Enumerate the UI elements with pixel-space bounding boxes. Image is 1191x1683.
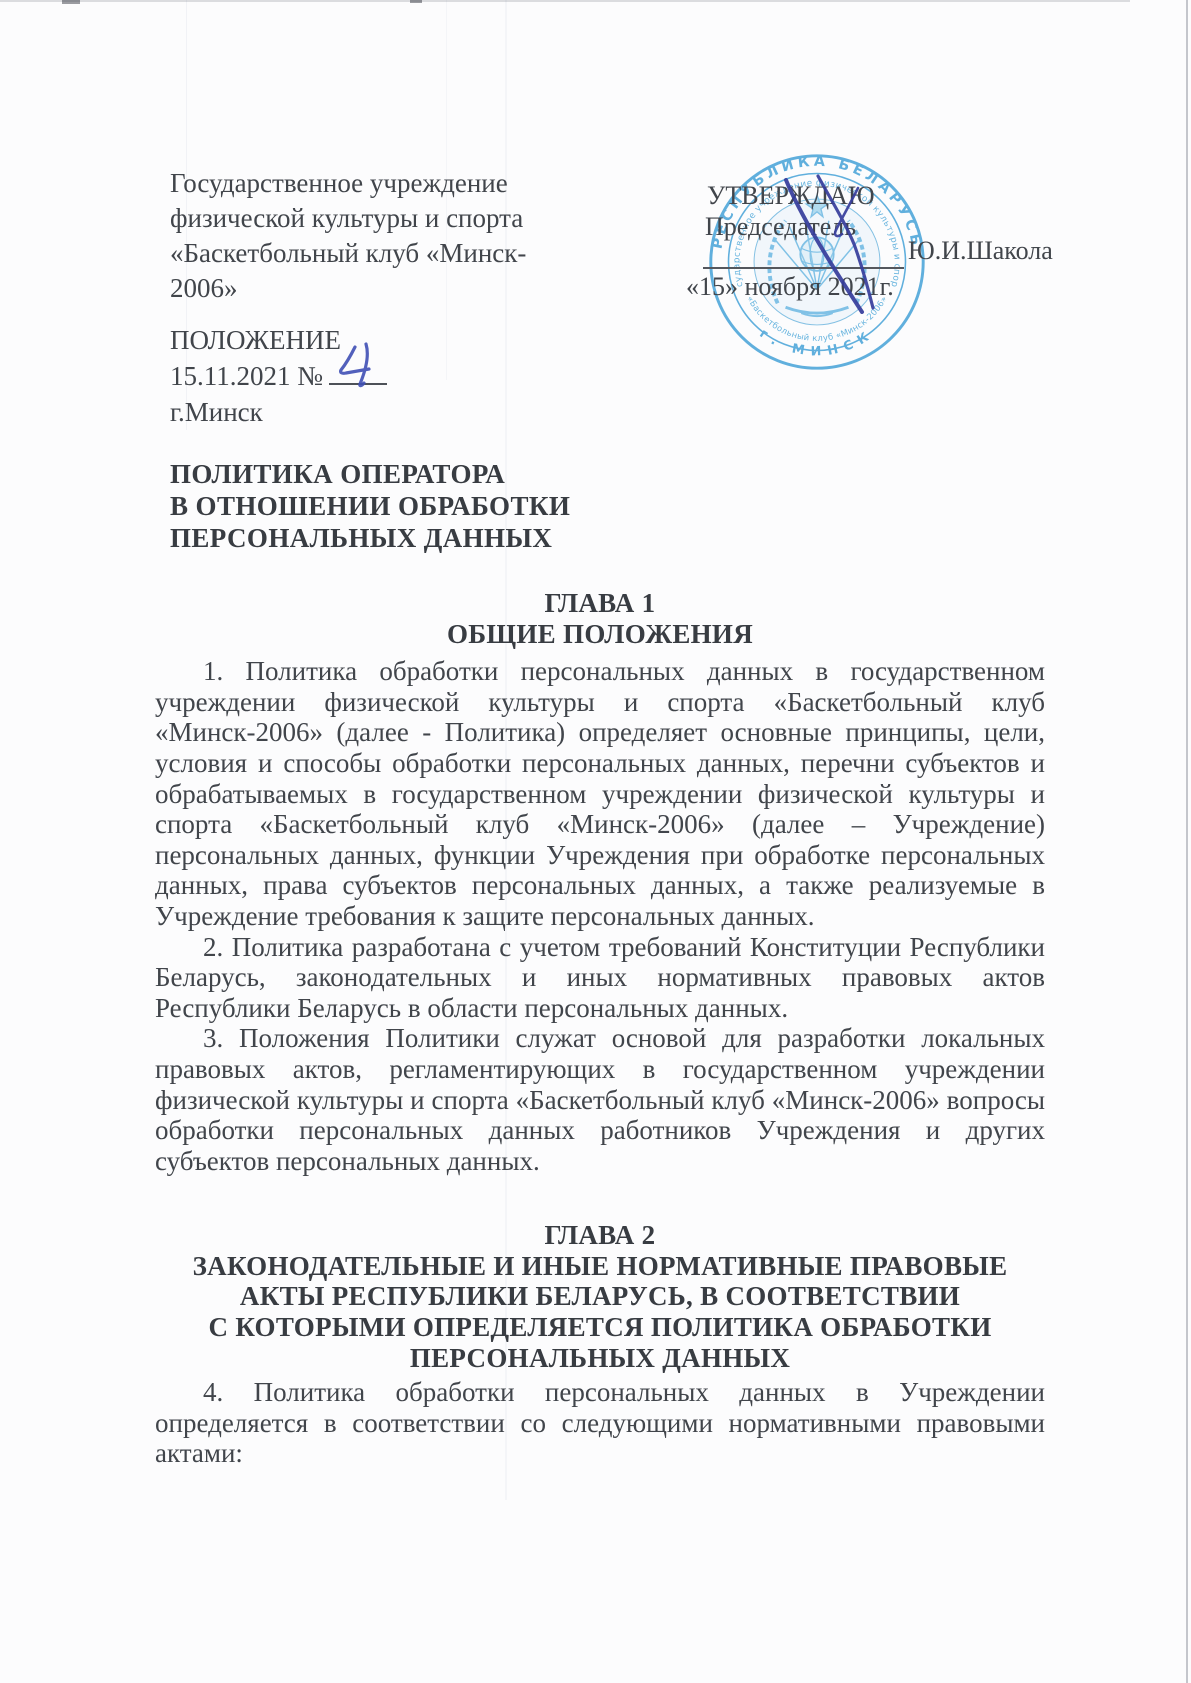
approver-name: Ю.И.Шакола <box>908 236 1053 266</box>
organization-name-block: Государственное учреждение физической ку… <box>170 166 590 306</box>
chapter1-title: ОБЩИЕ ПОЛОЖЕНИЯ <box>155 619 1045 650</box>
document-number-line <box>329 363 387 385</box>
document-title-line: ПЕРСОНАЛЬНЫХ ДАННЫХ <box>170 522 570 554</box>
document-city: г.Минск <box>170 394 387 430</box>
document-number-row: 15.11.2021 № <box>170 358 387 394</box>
document-title: ПОЛИТИКА ОПЕРАТОРА В ОТНОШЕНИИ ОБРАБОТКИ… <box>170 458 570 554</box>
paragraph-1: 1. Политика обработки персональных данны… <box>155 656 1045 931</box>
document-meta-block: ПОЛОЖЕНИЕ 15.11.2021 № г.Минск <box>170 322 387 430</box>
chapter1-number: ГЛАВА 1 <box>155 588 1045 619</box>
scan-artifact <box>62 0 80 4</box>
org-line: физической культуры и спорта <box>170 201 590 236</box>
scan-artifact <box>410 0 422 3</box>
scan-right-edge <box>1186 0 1188 1683</box>
org-line: «Баскетбольный клуб «Минск- <box>170 236 590 271</box>
paragraph-4: 4. Политика обработки персональных данны… <box>155 1377 1045 1469</box>
org-line: Государственное учреждение <box>170 166 590 201</box>
document-page: Государственное учреждение физической ку… <box>0 0 1191 1683</box>
org-line: 2006» <box>170 271 590 306</box>
chapter2-number: ГЛАВА 2 <box>155 1220 1045 1251</box>
document-title-line: ПОЛИТИКА ОПЕРАТОРА <box>170 458 570 490</box>
signature-ink <box>770 162 890 322</box>
chapter2-title-line: АКТЫ РЕСПУБЛИКИ БЕЛАРУСЬ, В СООТВЕТСТВИИ <box>155 1281 1045 1312</box>
paragraph-2: 2. Политика разработана с учетом требова… <box>155 932 1045 1024</box>
chapter2-title-line: ПЕРСОНАЛЬНЫХ ДАННЫХ <box>155 1343 1045 1374</box>
section-gap <box>155 1176 1045 1220</box>
document-body: ГЛАВА 1 ОБЩИЕ ПОЛОЖЕНИЯ 1. Политика обра… <box>155 588 1045 1469</box>
handwritten-document-number <box>333 339 381 391</box>
chapter2-title-line: С КОТОРЫМИ ОПРЕДЕЛЯЕТСЯ ПОЛИТИКА ОБРАБОТ… <box>155 1312 1045 1343</box>
chapter2-title-line: ЗАКОНОДАТЕЛЬНЫЕ И ИНЫЕ НОРМАТИВНЫЕ ПРАВО… <box>155 1251 1045 1282</box>
document-date-number-label: 15.11.2021 № <box>170 361 323 391</box>
document-title-line: В ОТНОШЕНИИ ОБРАБОТКИ <box>170 490 570 522</box>
paragraph-3: 3. Положения Политики служат основой для… <box>155 1023 1045 1176</box>
scan-top-edge <box>0 0 1130 2</box>
